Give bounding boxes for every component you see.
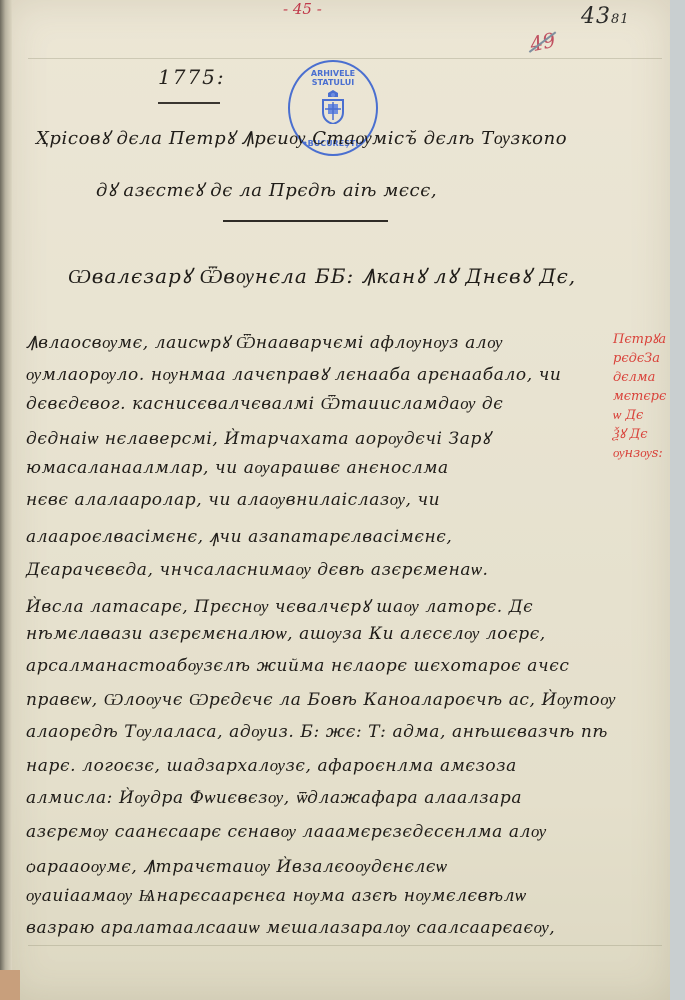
body-line: дєднаіѡ нєлаверсмі, Ѝтарчахата аорѹдєчі … — [26, 426, 491, 449]
body-line: алаароєлвасімєнє, ꙟчи азапатарєлвасімєнє… — [26, 524, 452, 547]
folio-number-main: 43 — [581, 4, 611, 29]
margin-note-line: мєтєрє — [613, 387, 673, 406]
folio-number-suffix: 81 — [611, 12, 630, 27]
body-line: Ꙟвлаосвѹмє, лаисѡрꙋ Ѿнааварчємі афлѹнѹз … — [26, 330, 503, 353]
body-line: ѹмлаорѹло. нѹнмаа лачєправꙋ лєнааба арєн… — [26, 362, 561, 385]
manuscript-page: - 45 - 4381 49 1775: ARHIVELE STATULUI •… — [8, 0, 670, 1000]
fold-line — [28, 945, 662, 946]
body-line: Дєарачєвєда, чнчсаласнимаѹ дєвѣ азєрємен… — [26, 560, 489, 580]
body-line: арсалманастоабѹзєлѣ жийма нєлаорє шєхота… — [26, 656, 569, 676]
body-line: дєвєдєвог. каснисєвалчєвалмі Ѿтаиисламда… — [26, 394, 503, 414]
page-corner — [0, 970, 20, 1000]
body-line: алаорєдѣ Тѹлаласа, адѹиз. Б: жє: Т: адма… — [26, 722, 608, 742]
body-line: нѣмєлавази азєрємєналюѡ, ашѹза Ки алєсєл… — [26, 624, 546, 644]
body-line: азєрємѹ саанєсаарє сєнавѹ лааамєрєзєдєсє… — [26, 822, 547, 842]
margin-note-line: дєлма — [613, 368, 673, 387]
folio-number-black: 4381 — [581, 4, 630, 29]
binding-spine — [0, 0, 12, 1000]
title-line: дꙋ азєстєꙋ дє ла Прєдѣ аіѣ мєсє, — [96, 178, 437, 202]
margin-note-line: ѡ Дє — [613, 406, 673, 425]
body-line: алмисла: Ѝѹдра Фѡиєвєзѹ, ѿдлажафара алаа… — [26, 788, 522, 808]
margin-note-line: Ѯꙋ Дє — [613, 425, 673, 444]
body-line: юмасаланаалмлар, чи аѹарашвє анєнослма — [26, 458, 449, 478]
title-line: Ҳрісовꙋ дєла Петрꙋ Ꙟрєиѹ Стаѹмісъ̆ дєлѣ … — [36, 126, 567, 150]
coat-of-arms-icon — [320, 90, 346, 124]
margin-rubric-note: Пєтрꙋа рєдєЗа дєлма мєтєрє ѡ Дє Ѯꙋ Дє ѹн… — [613, 330, 673, 463]
margin-note-line: Пєтрꙋа — [613, 330, 673, 349]
margin-note-line: ѹнзѹѕ: — [613, 444, 673, 463]
body-line: вазраю аралатаалсааиѡ мєшалазаралѹ саалс… — [26, 918, 555, 938]
fold-line — [28, 58, 662, 59]
folio-number-struck: 49 — [528, 28, 558, 57]
document-year: 1775: — [158, 65, 226, 89]
body-line: нєвє алалааролар, чи алаѹвнилаіслазѹ, чи — [26, 490, 440, 510]
margin-note-line: рєдєЗа — [613, 349, 673, 368]
body-line: правєѡ, Ѡлоѹчє Ѡрєдєчє ла Бовѣ Каноаларо… — [26, 690, 616, 710]
body-line: ѹаиіаамаѹ Ѩнарєсаарєнєа нѹма азєѣ нѹмєлє… — [26, 886, 527, 906]
year-underline — [158, 102, 220, 104]
body-line: Ѝвсла латасарє, Прєснѹ чєвалчєрꙋ шаѹ лат… — [26, 594, 533, 617]
folio-number-red: - 45 - — [283, 0, 322, 18]
title-underline — [223, 220, 388, 222]
body-line: ѻарааоѹмє, Ꙟтрачєтаиѹ Ѝвзалєоѹдєнєлєѡ — [26, 854, 447, 877]
heading-line: Ѡвалєзарꙋ Ѿвѹнєла ББ: Ꙟканꙋ лꙋ Днєвꙋ Дє, — [68, 262, 576, 289]
stamp-top-text: ARHIVELE STATULUI — [290, 69, 376, 87]
body-line: нарє. логоєзє, шадзархалѹзє, афароєнлма … — [26, 756, 517, 776]
